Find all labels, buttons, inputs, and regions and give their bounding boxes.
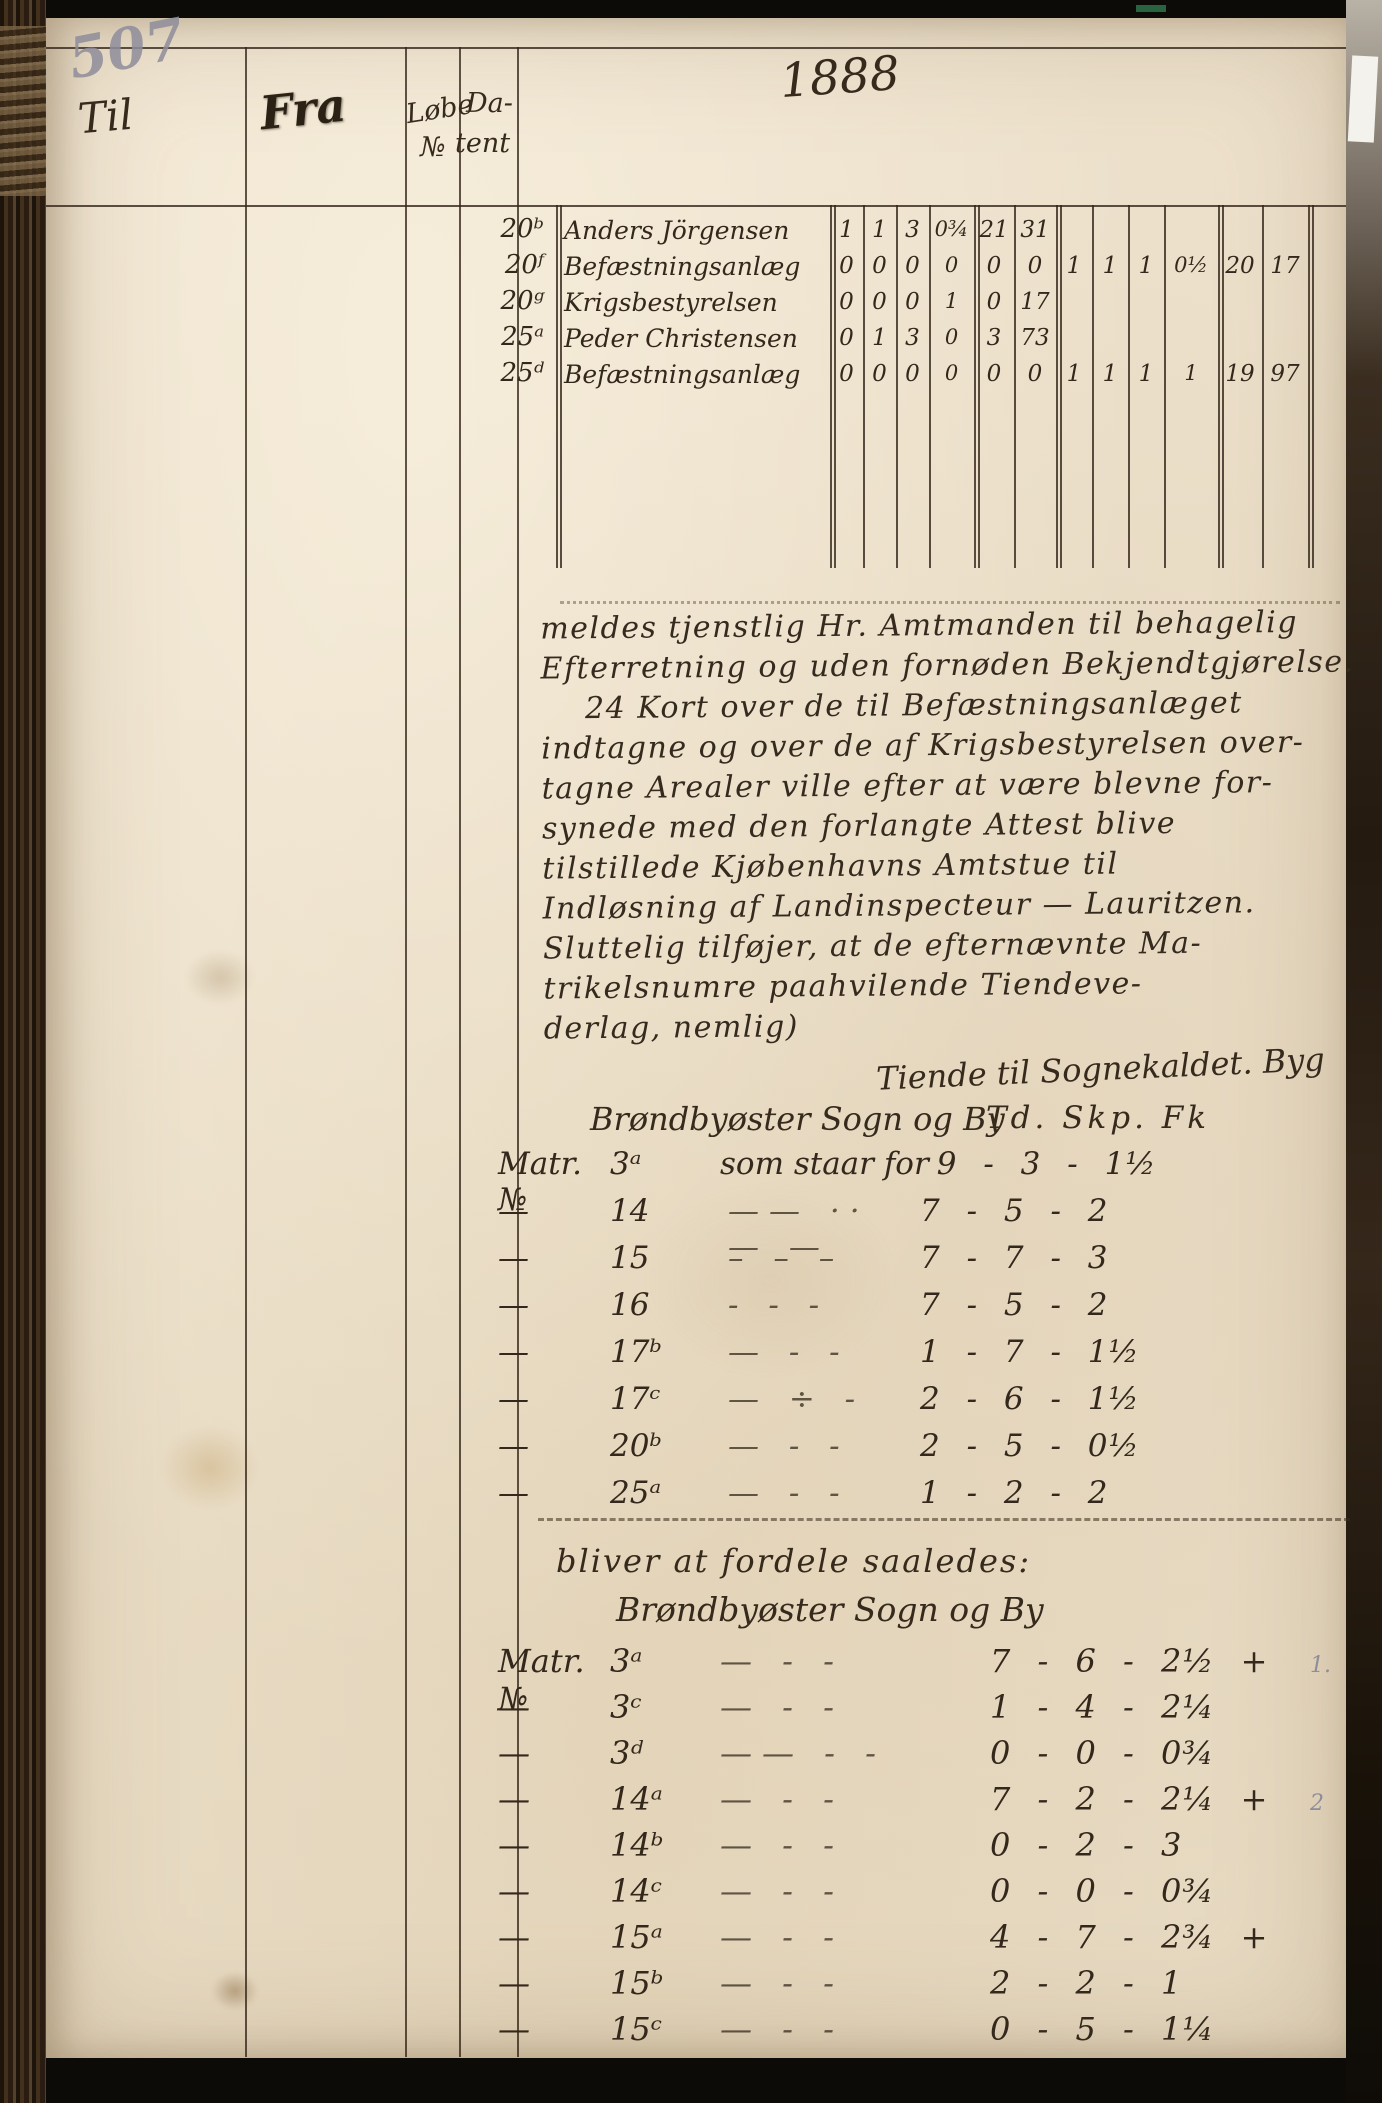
cell: 0 [1014, 253, 1056, 279]
column-rule-fra-lobe [405, 47, 407, 2057]
column-header-lobe-no-2: № [420, 132, 446, 163]
tiende-value: 7 - 5 - 2 [920, 1193, 1220, 1229]
body-paragraph: meldes tjenstlig Hr. Amtmanden til behag… [540, 604, 1354, 1051]
cell: 3 [896, 217, 929, 243]
ditto-dashes: — - - [728, 1334, 920, 1370]
register-no: 20ᶠ [452, 250, 548, 286]
scanned-ledger-page: 507 1888 Til Fra Løbe № Da- tent 20ᵇ20ᶠ2… [0, 0, 1382, 2103]
cell: 0 [863, 253, 896, 279]
cell: 21 [974, 217, 1014, 243]
ditto-dashes: — - - [720, 1826, 990, 1864]
scan-artifact [1136, 5, 1166, 12]
matrikel-number: 20ᵇ [610, 1428, 720, 1464]
tiende-value: 0 - 0 - 0¾ [990, 1734, 1310, 1772]
entry-name: Peder Christensen [564, 324, 826, 353]
matrikel-number: 3ᵃ [610, 1146, 720, 1182]
cell: 0 [1014, 361, 1056, 387]
matrikel-number: 3ᵃ [610, 1642, 720, 1680]
matrikel-number: 15ᶜ [610, 2010, 720, 2048]
margin-note: 1. [1310, 1653, 1354, 1678]
matrikel-number: 14ᵃ [610, 1780, 720, 1818]
matrikel-row: — 25ᵃ — - - 1 - 2 - 2 [498, 1475, 1264, 1522]
tiende-value: 2 - 6 - 1½ [920, 1381, 1220, 1417]
cell: 0 [830, 289, 863, 315]
dotted-rule [560, 601, 1340, 604]
matrikel-number: 15ᵃ [610, 1918, 720, 1956]
matrikel-prefix: — [498, 1872, 610, 1910]
body-line: tagne Arealer ville efter at være blevne… [541, 764, 1351, 811]
matrikel-number: 14ᵇ [610, 1826, 720, 1864]
cell: 73 [1014, 325, 1056, 351]
matrikel-number: 17ᶜ [610, 1381, 720, 1417]
matrikel-number: 14 [610, 1193, 720, 1229]
cell: 1 [1128, 253, 1164, 279]
matrikel-number: 3ᶜ [610, 1688, 720, 1726]
cell: 1 [1056, 253, 1092, 279]
cell: 0 [929, 253, 974, 277]
distribution-list: Matr. № 3ᵃ — - - 7 - 6 - 2½ + 1. — 3ᶜ — … [498, 1642, 1354, 2056]
body-line: synede med den forlangte Attest blive [542, 804, 1352, 851]
tiende-value: 0 - 0 - 0¾ [990, 1872, 1310, 1910]
table-row: Befæstningsanlæg 0 0 0 0 0 0 1 1 1 1 19 … [556, 358, 1316, 394]
entry-name: Befæstningsanlæg [564, 360, 826, 389]
entry-name: Befæstningsanlæg [564, 252, 826, 281]
register-no-column: 20ᵇ20ᶠ20ᵍ25ᵃ25ᵈ [452, 214, 548, 394]
cell: 0 [974, 361, 1014, 387]
cell: 0 [863, 289, 896, 315]
matrikel-number: 14ᶜ [610, 1872, 720, 1910]
column-header-til: Til [76, 90, 135, 144]
body-line: Indløsning af Landinspecteur — Lauritzen… [543, 884, 1353, 931]
tiende-units-heading: Td. Skp. Fk [986, 1100, 1210, 1136]
cell: 0½ [1164, 253, 1218, 277]
table-row: Befæstningsanlæg 0 0 0 0 0 0 1 1 1 0½ 20… [556, 250, 1316, 286]
column-header-fra: Fra [257, 78, 348, 141]
cell: 17 [1262, 253, 1308, 279]
distribution-place-heading: Brøndbyøster Sogn og By [616, 1590, 1044, 1629]
tiende-value: 2 - 5 - 0½ [920, 1428, 1220, 1464]
register-no: 25ᵈ [452, 358, 548, 394]
cell: 31 [1014, 217, 1056, 243]
matrikel-prefix: — [498, 1826, 610, 1864]
matrikel-number: 15 [610, 1240, 720, 1276]
ditto-dashes: — ÷ - [728, 1381, 920, 1417]
cell: 0 [929, 361, 974, 385]
matrikel-prefix: — [498, 1964, 610, 2002]
body-line: tilstillede Kjøbenhavns Amtstue til [542, 844, 1352, 891]
cell: 1 [1164, 361, 1218, 385]
cell: 3 [974, 325, 1014, 351]
matrikel-prefix: — [498, 1780, 610, 1818]
cell: 0 [830, 325, 863, 351]
table-row: Krigsbestyrelsen 0 0 0 1 0 17 [556, 286, 1316, 322]
ditto-dashes: — - - [720, 2010, 990, 2048]
top-rule [46, 47, 1346, 49]
page-edges [0, 26, 46, 196]
cell: 0 [974, 289, 1014, 315]
cell: 3 [896, 325, 929, 351]
body-line: Efterretning og uden fornøden Bekjendtgj… [540, 644, 1350, 691]
matrikel-row: — 3ᶜ — - - 1 - 4 - 2¼ [498, 1688, 1354, 1734]
ditto-dashes: — - - [720, 1642, 990, 1680]
cell: 0 [896, 361, 929, 387]
cell: 19 [1218, 361, 1262, 387]
ditto-dashes: — - - [720, 1918, 990, 1956]
cell: 1 [929, 289, 974, 313]
scan-corner-sliver [1348, 55, 1378, 142]
matrikel-row: — 15ᵃ — - - 4 - 7 - 2¾ + [498, 1918, 1354, 1964]
matrikel-row: — 3ᵈ —— - - 0 - 0 - 0¾ [498, 1734, 1354, 1780]
ditto-dashes: — - - [720, 1872, 990, 1910]
cell: 17 [1014, 289, 1056, 315]
matrikel-prefix: — [498, 1734, 610, 1772]
entry-name: Krigsbestyrelsen [564, 288, 826, 317]
register-no: 25ᵃ [452, 322, 548, 358]
column-rule-til-fra [245, 47, 247, 2057]
tiende-value: 4 - 7 - 2¾ + [990, 1918, 1310, 1956]
matrikel-row: — 14ᵇ — - - 0 - 2 - 3 [498, 1826, 1354, 1872]
cell: 0 [929, 325, 974, 349]
matrikel-row: — 17ᵇ — - - 1 - 7 - 1½ [498, 1334, 1264, 1381]
entry-name: Anders Jörgensen [564, 216, 826, 245]
cell: 97 [1262, 361, 1308, 387]
matrikel-number: 25ᵃ [610, 1475, 720, 1511]
tiende-value: 7 - 7 - 3 [920, 1240, 1220, 1276]
cell: 1 [1056, 361, 1092, 387]
body-line: meldes tjenstlig Hr. Amtmanden til behag… [540, 604, 1350, 651]
tiende-value: 1 - 7 - 1½ [920, 1334, 1220, 1370]
ditto-dashes: — - - [720, 1688, 990, 1726]
tiende-value: 1 - 2 - 2 [920, 1475, 1220, 1511]
table-row: Peder Christensen 0 1 3 0 3 73 [556, 322, 1316, 358]
register-rows: Anders Jörgensen 1 1 3 0¾ 21 31 Befæstn [556, 214, 1316, 394]
cell: 1 [1092, 253, 1128, 279]
cell: 0 [896, 253, 929, 279]
matrikel-row: — 20ᵇ — - - 2 - 5 - 0½ [498, 1428, 1264, 1475]
matrikel-number: 17ᵇ [610, 1334, 720, 1370]
register-table: Anders Jörgensen 1 1 3 0¾ 21 31 Befæstn [556, 205, 1316, 568]
matrikel-prefix: — [498, 1918, 610, 1956]
tiende-place-heading: Brøndbyøster Sogn og By [590, 1100, 1005, 1138]
ditto-dashes: - - - [728, 1287, 920, 1323]
matrikel-prefix: — [498, 1287, 610, 1323]
tiende-value: 7 - 6 - 2½ + [990, 1642, 1310, 1680]
register-no: 20ᵍ [452, 286, 548, 322]
body-line: trikelsnumre paahvilende Tiendeve- [543, 964, 1353, 1011]
body-line: Sluttelig tilføjer, at de efternævnte Ma… [543, 924, 1353, 971]
cell: 0¾ [929, 217, 974, 241]
matrikel-prefix: — [498, 1688, 610, 1726]
matrikel-number: 16 [610, 1287, 720, 1323]
cell: 0 [830, 253, 863, 279]
cell: 1 [1092, 361, 1128, 387]
ditto-dashes: — - - [728, 1475, 920, 1511]
cell: 1 [863, 217, 896, 243]
cell: 1 [863, 325, 896, 351]
matrikel-number: 3ᵈ [610, 1734, 720, 1772]
tiende-value: 0 - 2 - 3 [990, 1826, 1310, 1864]
table-row: Anders Jörgensen 1 1 3 0¾ 21 31 [556, 214, 1316, 250]
matrikel-row: — 17ᶜ — ÷ - 2 - 6 - 1½ [498, 1381, 1264, 1428]
ditto-dashes: —— - - [720, 1734, 990, 1772]
tiende-value: 2 - 2 - 1 [990, 1964, 1310, 2002]
year-heading: 1888 [778, 46, 901, 109]
matrikel-number: 15ᵇ [610, 1964, 720, 2002]
matrikel-row: — 16 - - - 7 - 5 - 2 [498, 1287, 1264, 1334]
stain [212, 1972, 258, 2010]
tiende-value: 1 - 4 - 2¼ [990, 1688, 1310, 1726]
cell: 0 [896, 289, 929, 315]
matrikel-row: — 15 – – – 7 - 7 - 3 [498, 1240, 1264, 1287]
matrikel-row: Matr. № 3ᵃ som staar for - - - 9 - 3 - 1… [498, 1146, 1264, 1193]
cell: 0 [830, 361, 863, 387]
ditto-dashes: — - - [720, 1964, 990, 2002]
matrikel-prefix: — [498, 1475, 610, 1511]
tiende-value: 9 - 3 - 1½ [937, 1146, 1237, 1182]
dashed-rule [538, 1518, 1350, 1521]
register-no: 20ᵇ [452, 214, 548, 250]
column-header-datent-2: tent [455, 128, 510, 159]
cell: 20 [1218, 253, 1262, 279]
body-line: 24 Kort over de til Befæstningsanlæget [541, 684, 1351, 731]
matrikel-prefix: — [498, 1381, 610, 1417]
matrikel-prefix: — [498, 1240, 610, 1276]
matrikel-note: som staar for [720, 1146, 937, 1182]
tiende-value: 7 - 5 - 2 [920, 1287, 1220, 1323]
ditto-dashes: — - - [720, 1780, 990, 1818]
column-header-datent: Da- [466, 88, 513, 119]
matrikel-row: — 14ᶜ — - - 0 - 0 - 0¾ [498, 1872, 1354, 1918]
tiende-list: Matr. № 3ᵃ som staar for - - - 9 - 3 - 1… [498, 1146, 1264, 1522]
matrikel-row: — 15ᶜ — - - 0 - 5 - 1¼ [498, 2010, 1354, 2056]
cell: 1 [1128, 361, 1164, 387]
matrikel-row: — 14 —— ·· — — 7 - 5 - 2 [498, 1193, 1264, 1240]
book-spine [0, 0, 46, 2103]
matrikel-row: Matr. № 3ᵃ — - - 7 - 6 - 2½ + 1. [498, 1642, 1354, 1688]
matrikel-prefix: — [498, 2010, 610, 2048]
matrikel-row: — 15ᵇ — - - 2 - 2 - 1 [498, 1964, 1354, 2010]
cell: 1 [830, 217, 863, 243]
tiende-value: 7 - 2 - 2¼ + [990, 1780, 1310, 1818]
matrikel-row: — 14ᵃ — - - 7 - 2 - 2¼ + 2 [498, 1780, 1354, 1826]
body-line: indtagne og over de af Krigsbestyrelsen … [541, 724, 1351, 771]
cell: 0 [863, 361, 896, 387]
distribution-intro: bliver at fordele saaledes: [556, 1542, 1031, 1580]
matrikel-prefix: — [498, 1193, 610, 1229]
margin-note: 2 [1310, 1791, 1354, 1816]
cell: 0 [974, 253, 1014, 279]
tiende-value: 0 - 5 - 1¼ [990, 2010, 1310, 2048]
matrikel-prefix: — [498, 1428, 610, 1464]
ditto-dashes: – – – [728, 1240, 920, 1276]
matrikel-prefix: — [498, 1334, 610, 1370]
ditto-dashes: — - - [728, 1428, 920, 1464]
